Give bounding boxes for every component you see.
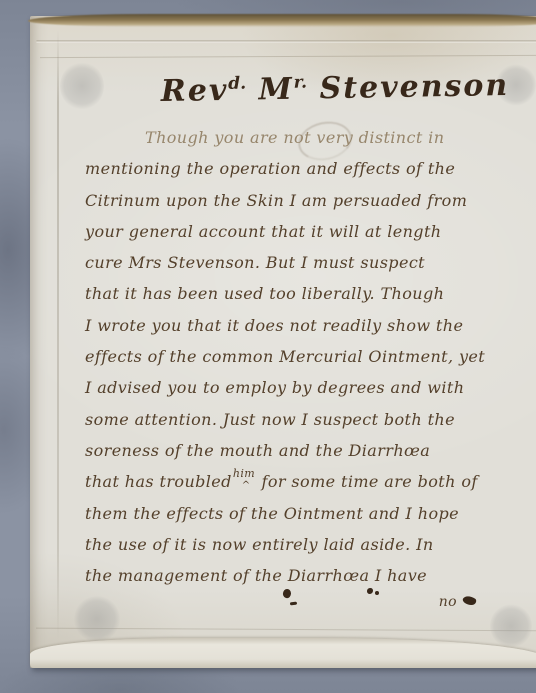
- letter-line: soreness of the mouth and the Diarrhœa: [85, 435, 521, 466]
- insertion-line-post: for some time are both of: [256, 472, 478, 491]
- inserted-word: him: [233, 467, 255, 480]
- insertion-caret: ^: [242, 481, 251, 491]
- photo-backdrop: Revd. Mr. Stevenson Though you are not v…: [0, 0, 536, 693]
- letter-heading: Revd. Mr. Stevenson: [150, 59, 521, 112]
- letter-line: cure Mrs Stevenson. But I must suspect: [85, 247, 521, 278]
- catchword: no: [85, 591, 521, 613]
- heading-superscript-r: r.: [294, 72, 308, 92]
- letter-line: them the effects of the Ointment and I h…: [85, 498, 521, 529]
- page-bottom-deckle-edge: [30, 638, 536, 668]
- inserted-word-above-line: ^him: [233, 469, 255, 479]
- letter-line: that it has been used too liberally. Tho…: [85, 278, 521, 309]
- page-top-browned-edge: [28, 14, 536, 27]
- letter-line: Though you are not very distinct in: [85, 122, 521, 153]
- letter-page: Revd. Mr. Stevenson Though you are not v…: [30, 16, 536, 668]
- letter-line: I advised you to employ by degrees and w…: [85, 372, 521, 403]
- horizontal-crease: [40, 55, 536, 58]
- heading-text: Stevenson: [307, 68, 510, 107]
- letter-line-with-insertion: that has troubled^him for some time are …: [85, 466, 521, 497]
- heading-text: M: [246, 72, 294, 108]
- paste-stain-top-left: [60, 62, 104, 110]
- under-sheet-edge: [36, 40, 536, 43]
- letter-line: the use of it is now entirely laid aside…: [85, 529, 521, 560]
- letter-line: some attention. Just now I suspect both …: [85, 404, 521, 435]
- letter-line: Citrinum upon the Skin I am persuaded fr…: [85, 185, 521, 216]
- insertion-line-pre: that has troubled: [85, 472, 232, 491]
- heading-superscript-d: d.: [228, 74, 246, 94]
- heading-text: Rev: [161, 73, 229, 109]
- letter-line: I wrote you that it does not readily sho…: [85, 310, 521, 341]
- letter-line: the management of the Diarrhœa I have: [85, 560, 521, 591]
- letter-line: mentioning the operation and effects of …: [85, 153, 521, 184]
- letter-body: Though you are not very distinct in ment…: [85, 122, 521, 613]
- letter-line: effects of the common Mercurial Ointment…: [85, 341, 521, 372]
- vertical-fold-line: [57, 30, 59, 640]
- letter-line: your general account that it will at len…: [85, 216, 521, 247]
- ink-blot: [375, 591, 379, 595]
